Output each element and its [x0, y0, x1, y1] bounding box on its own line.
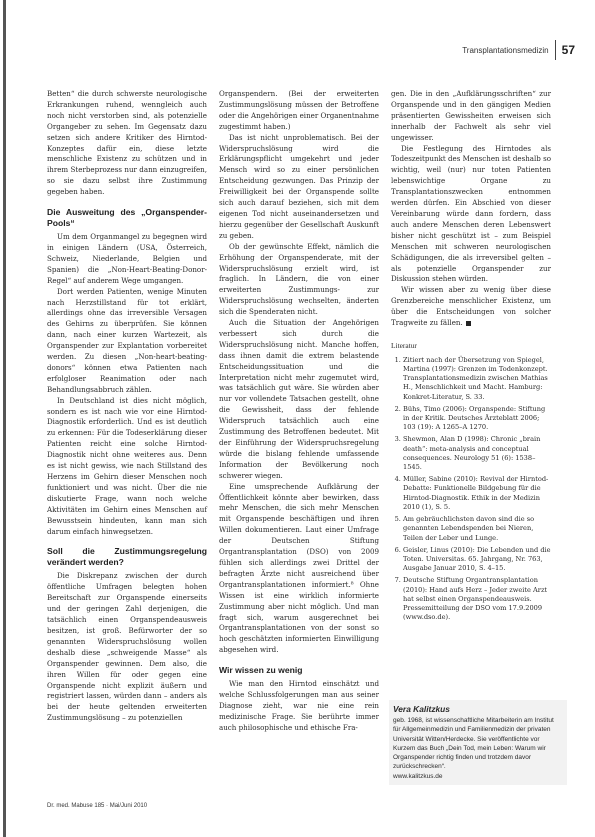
paragraph: Die Diskrepanz zwischen der durch öffent… — [47, 571, 207, 724]
paragraph: Das ist nicht unproblematisch. Bei der W… — [219, 133, 379, 242]
literature-item: Müller, Sabine (2010): Revival der Hirnt… — [403, 475, 551, 512]
paragraph: Betten“ die durch schwerste neurologisch… — [47, 89, 207, 198]
section-title: Transplantationsmedizin — [462, 46, 554, 55]
literature-item: Zitiert nach der Übersetzung von Spiegel… — [403, 356, 551, 402]
section-heading: Die Ausweitung des „Organspender-Pools“ — [47, 207, 207, 229]
column-2: Organspendern. (Bei der erweiterten Zust… — [219, 89, 379, 734]
page-number: 57 — [562, 43, 575, 57]
paragraph: Ob der gewünschte Effekt, nämlich die Er… — [219, 242, 379, 318]
literature-item: Deutsche Stiftung Organtransplantation (… — [403, 576, 551, 622]
literature-item: Bühs, Timo (2006): Organspende: Stiftung… — [403, 405, 551, 433]
running-header: Transplantationsmedizin 57 — [462, 40, 575, 60]
paragraph: Um dem Organmangel zu begegnen wird in e… — [47, 232, 207, 287]
paragraph: Organspendern. (Bei der erweiterten Zust… — [219, 89, 379, 133]
author-bio: geb. 1968, ist wissenschaftliche Mitarbe… — [393, 716, 563, 781]
author-website-link[interactable]: www.kalitzkus.de — [393, 773, 443, 780]
literature-item: Geisler, Linus (2010): Die Lebenden und … — [403, 546, 551, 574]
journal-name: Dr. med. Mabuse 185 — [47, 803, 104, 809]
paragraph: Eine umsprechende Aufklärung der Öffentl… — [219, 482, 379, 657]
paragraph: Wie man den Hirntod einschätzt und welch… — [219, 679, 379, 734]
paragraph: Wir wissen aber zu wenig über diese Gren… — [391, 285, 551, 329]
book-spine-edge — [3, 0, 6, 837]
paragraph: gen. Die in den „Aufklärungsschriften“ z… — [391, 89, 551, 144]
journal-issue: Mai/Juni 2010 — [110, 803, 147, 809]
end-of-article-mark-icon — [466, 321, 471, 326]
author-bio-text: geb. 1968, ist wissenschaftliche Mitarbe… — [393, 717, 554, 770]
author-name: Vera Kalitzkus — [393, 704, 563, 714]
paragraph: Dort werden Patienten, wenige Minuten na… — [47, 287, 207, 396]
paragraph: Die Festlegung des Hirntodes als Todesze… — [391, 144, 551, 286]
section-heading: Wir wissen zu wenig — [219, 665, 379, 676]
literature-heading: Literatur — [391, 341, 551, 352]
paragraph: In Deutschland ist dies nicht möglich, s… — [47, 396, 207, 538]
section-heading: Soll die Zustimmungsregelung verändert w… — [47, 546, 207, 568]
literature-item: Am gebräuchlichsten davon sind die so ge… — [403, 515, 551, 543]
paragraph: Auch die Situation der Angehörigen verbe… — [219, 318, 379, 482]
literature-item: Shewmon, Alan D (1998): Chronic „brain d… — [403, 435, 551, 472]
page-footer: Dr. med. Mabuse 185 · Mai/Juni 2010 — [47, 803, 147, 809]
paragraph-text: Wir wissen aber zu wenig über diese Gren… — [391, 285, 551, 327]
author-info-box: Vera Kalitzkus geb. 1968, ist wissenscha… — [389, 700, 567, 785]
literature-list: Zitiert nach der Übersetzung von Spiegel… — [391, 356, 551, 622]
column-3: gen. Die in den „Aufklärungsschriften“ z… — [391, 89, 551, 625]
header-divider — [555, 40, 556, 60]
column-1: Betten“ die durch schwerste neurologisch… — [47, 89, 207, 724]
